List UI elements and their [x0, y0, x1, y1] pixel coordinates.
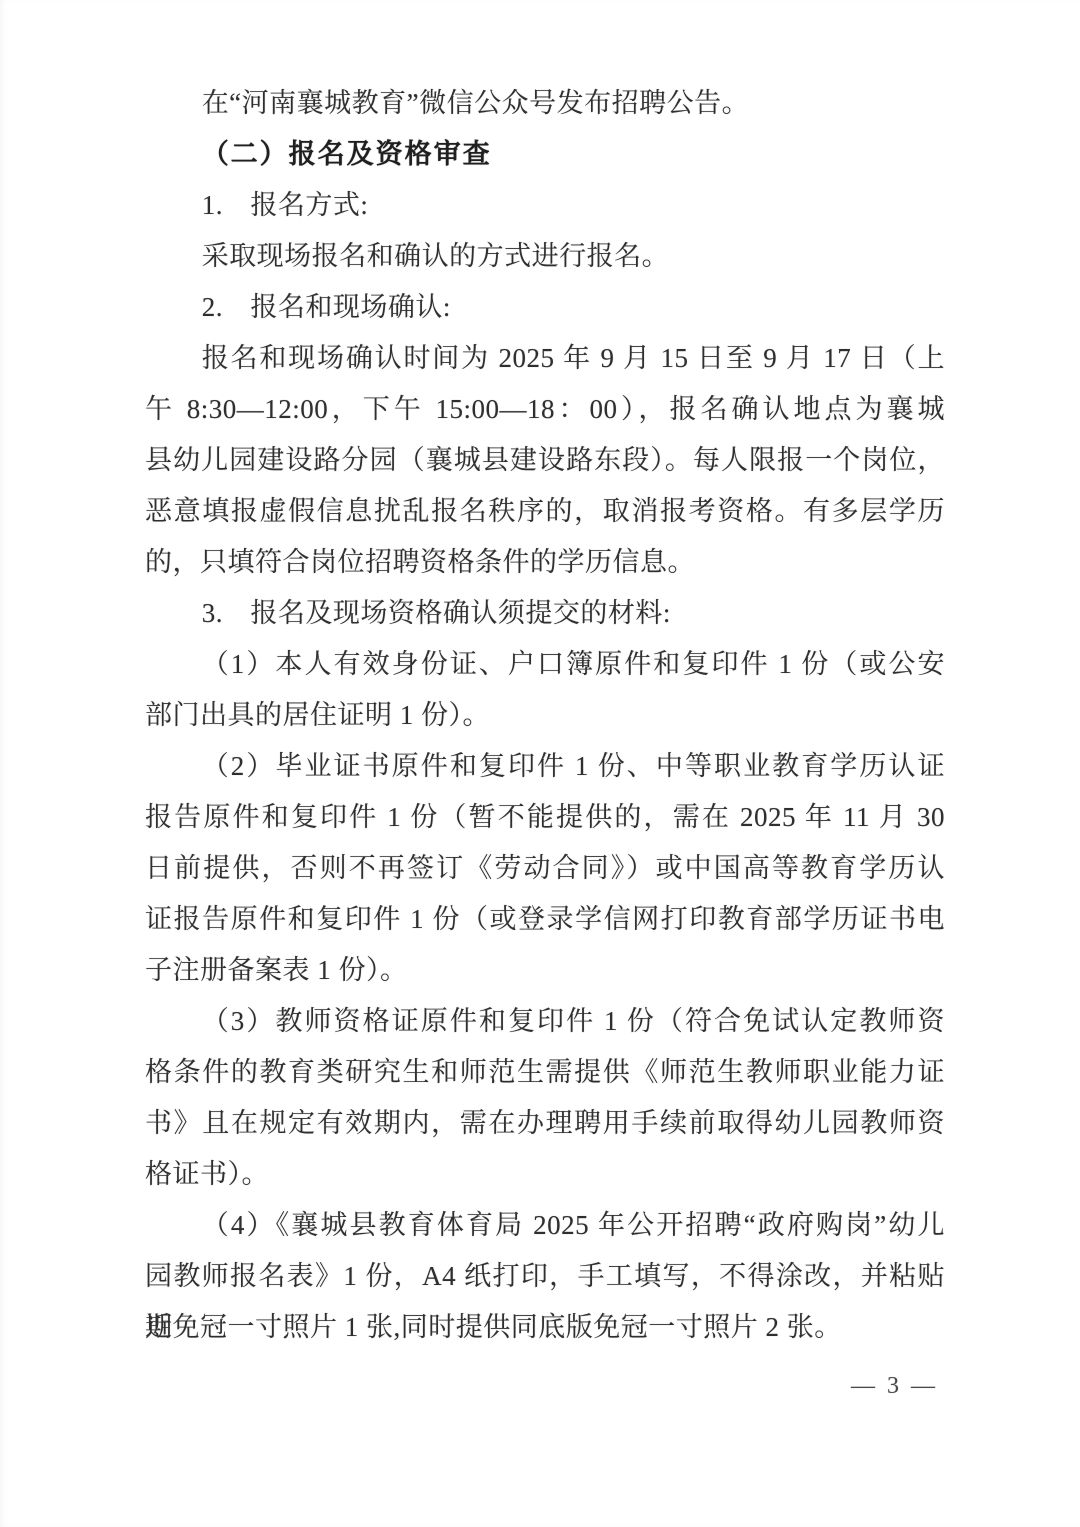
paragraph-line: 报告原件和复印件 1 份（暂不能提供的，需在 2025 年 11 月 30 [145, 792, 945, 843]
paragraph-line: 午 8:30—12:00，下午 15:00—18：00），报名确认地点为襄城 [145, 384, 945, 435]
paragraph-line: 日前提供，否则不再签订《劳动合同》）或中国高等教育学历认 [145, 843, 945, 894]
page-number: — 3 — [851, 1373, 938, 1399]
paragraph-line: 恶意填报虚假信息扰乱报名秩序的，取消报考资格。有多层学历 [145, 486, 945, 537]
paragraph-line: 期免冠一寸照片 1 张,同时提供同底版免冠一寸照片 2 张。 [145, 1302, 945, 1353]
paragraph-line: 子注册备案表 1 份）。 [145, 945, 945, 996]
document-text: 在“河南襄城教育”微信公众号发布招聘公告。（二）报名及资格审查1. 报名方式:采… [145, 78, 945, 1353]
scanned-document-page: 在“河南襄城教育”微信公众号发布招聘公告。（二）报名及资格审查1. 报名方式:采… [0, 0, 1080, 1527]
paragraph-line: 格证书）。 [145, 1149, 945, 1200]
paragraph-line: 在“河南襄城教育”微信公众号发布招聘公告。 [145, 78, 945, 129]
paragraph-line: 县幼儿园建设路分园（襄城县建设路东段）。每人限报一个岗位， [145, 435, 945, 486]
paragraph-line: （2）毕业证书原件和复印件 1 份、中等职业教育学历认证 [145, 741, 945, 792]
paragraph-line: 2. 报名和现场确认: [145, 282, 945, 333]
paragraph-line: 部门出具的居住证明 1 份）。 [145, 690, 945, 741]
paragraph-line: 格条件的教育类研究生和师范生需提供《师范生教师职业能力证 [145, 1047, 945, 1098]
paragraph-line: （4）《襄城县教育体育局 2025 年公开招聘“政府购岗”幼儿 [145, 1200, 945, 1251]
paragraph-line: 园教师报名表》1 份，A4 纸打印，手工填写，不得涂改，并粘贴近 [145, 1251, 945, 1302]
paragraph-line: 证报告原件和复印件 1 份（或登录学信网打印教育部学历证书电 [145, 894, 945, 945]
paragraph-line: 的，只填符合岗位招聘资格条件的学历信息。 [145, 537, 945, 588]
paragraph-line: 采取现场报名和确认的方式进行报名。 [145, 231, 945, 282]
paragraph-line: （1）本人有效身份证、户口簿原件和复印件 1 份（或公安 [145, 639, 945, 690]
section-heading: （二）报名及资格审查 [145, 129, 945, 180]
page-footer: — 3 — [851, 1371, 938, 1401]
paragraph-line: （3）教师资格证原件和复印件 1 份（符合免试认定教师资 [145, 996, 945, 1047]
paragraph-line: 1. 报名方式: [145, 180, 945, 231]
paragraph-line: 书》且在规定有效期内，需在办理聘用手续前取得幼儿园教师资 [145, 1098, 945, 1149]
paragraph-line: 3. 报名及现场资格确认须提交的材料: [145, 588, 945, 639]
paragraph-line: 报名和现场确认时间为 2025 年 9 月 15 日至 9 月 17 日（上 [145, 333, 945, 384]
